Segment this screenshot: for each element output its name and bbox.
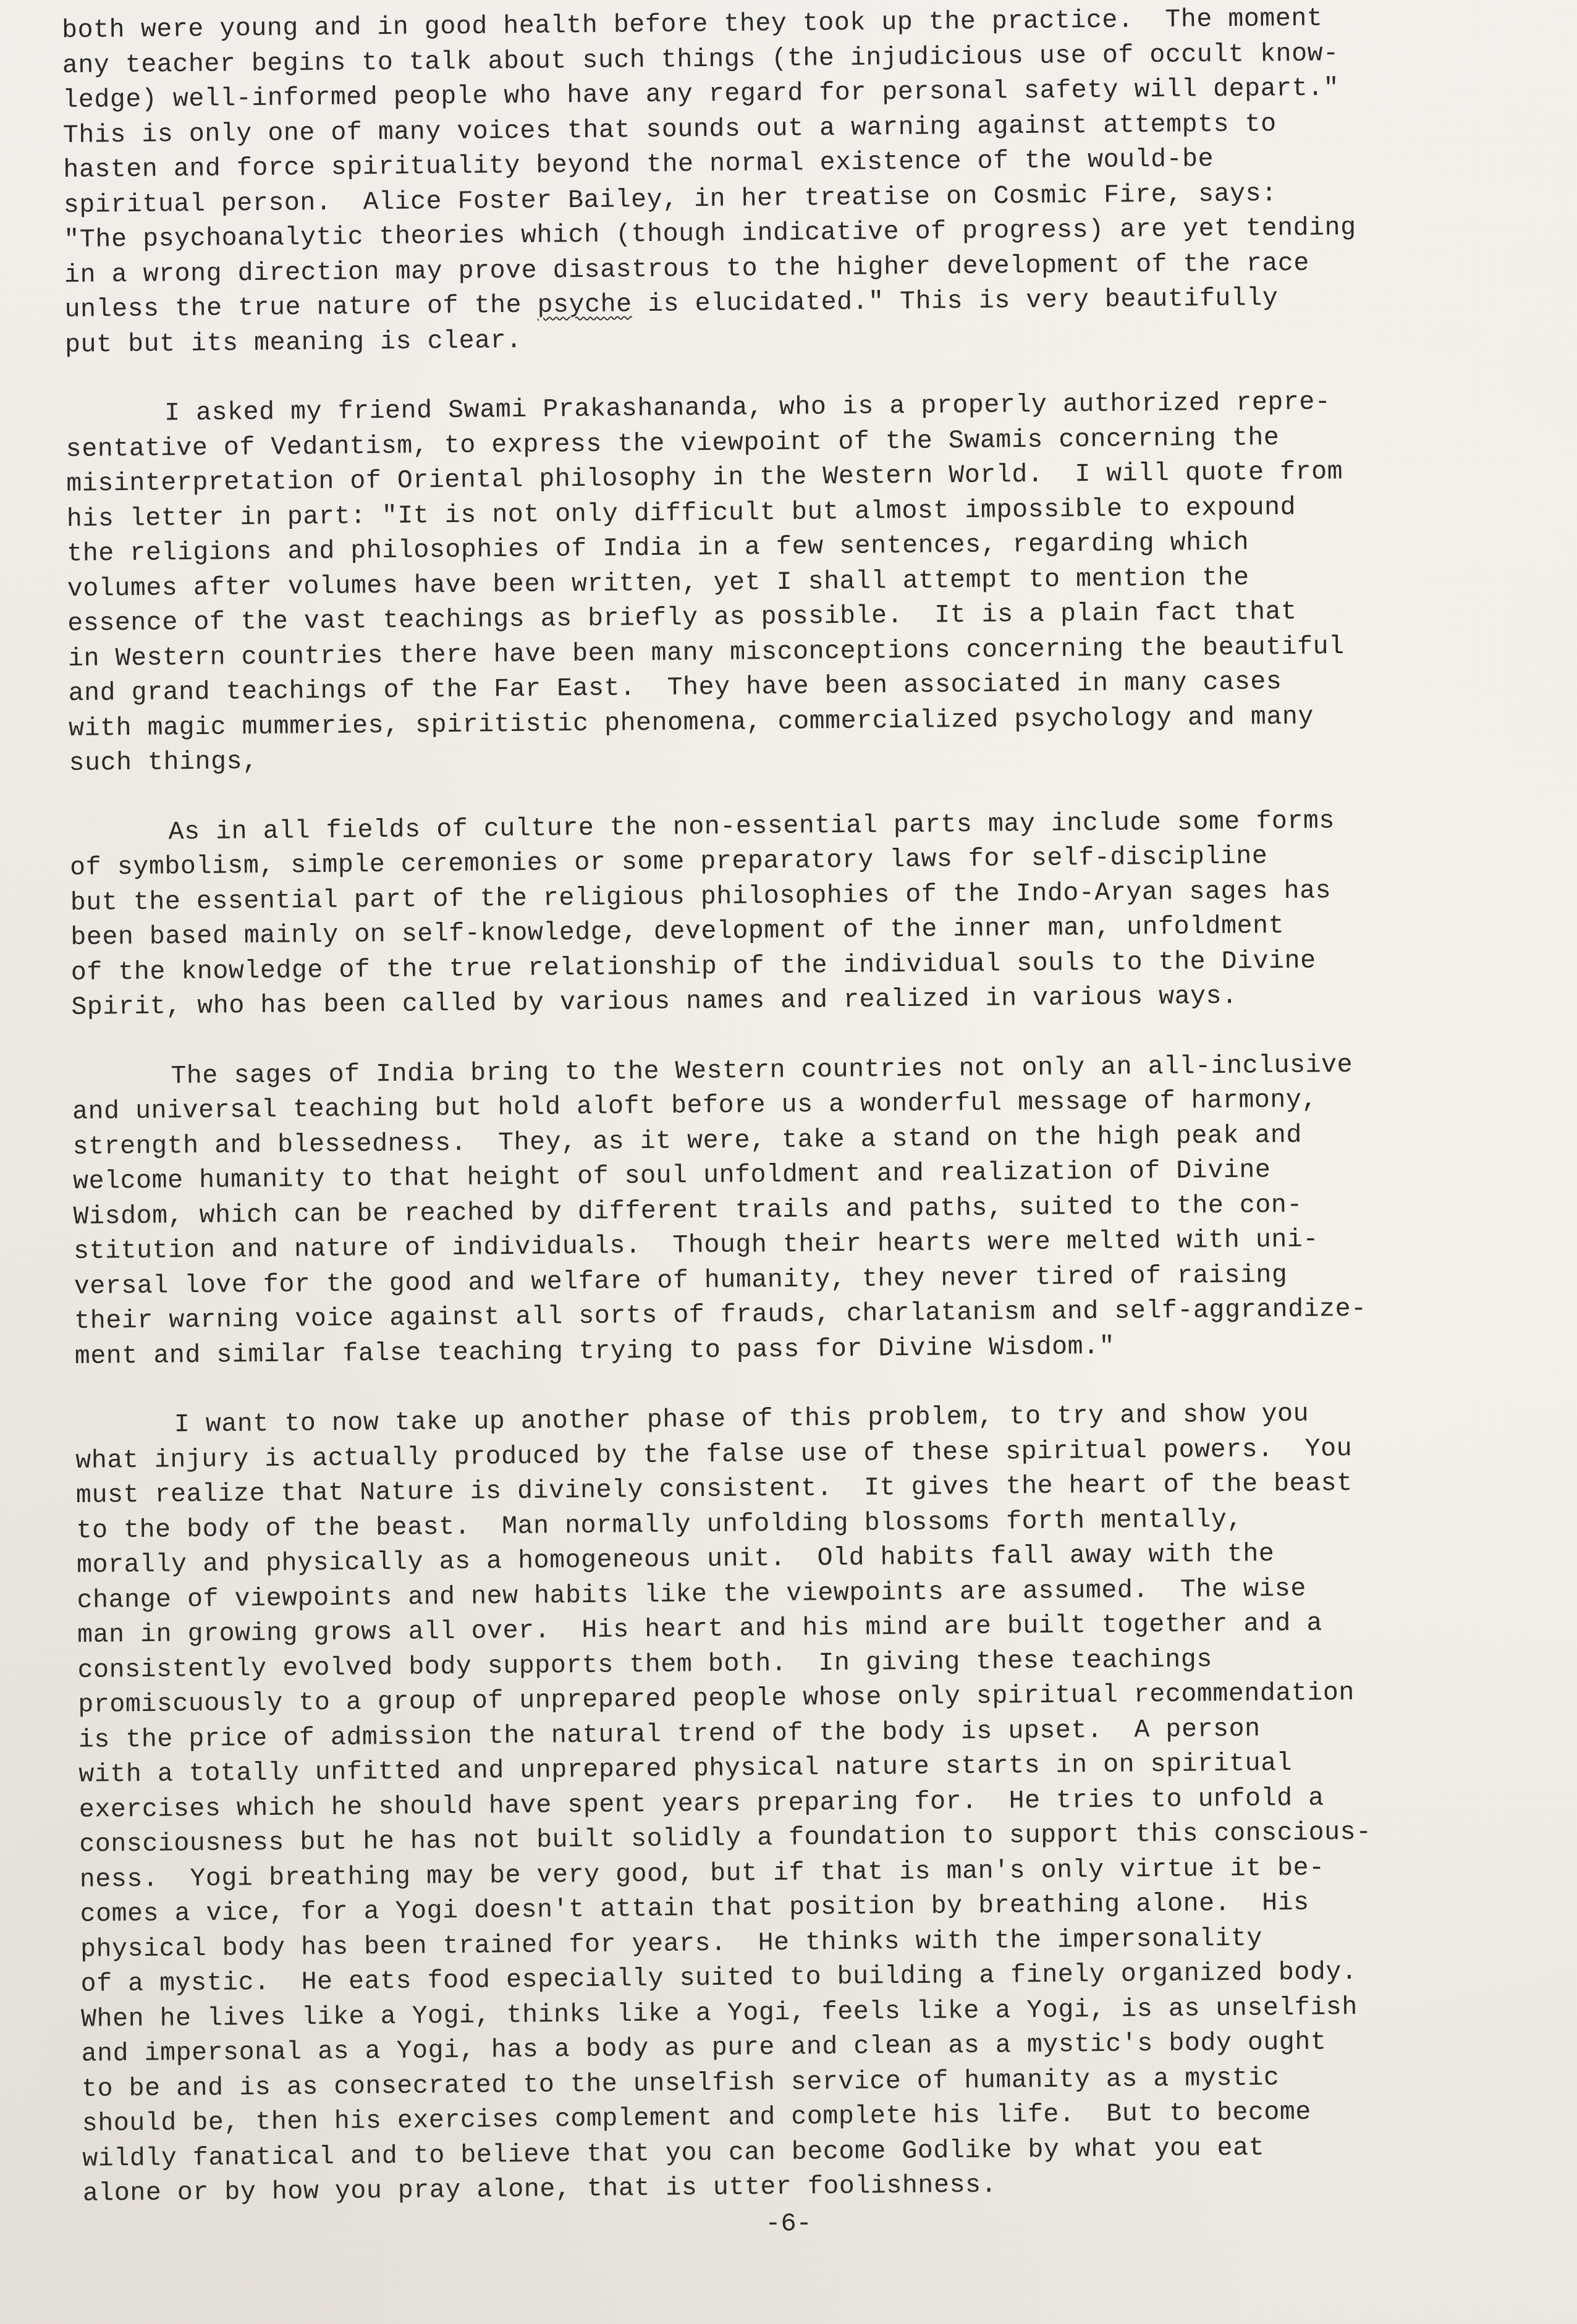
typewritten-body: both were young and in good health befor…: [62, 0, 1554, 2246]
paragraph: I want to now take up another phase of t…: [75, 1395, 1554, 2212]
paragraph: I asked my friend Swami Prakashananda, w…: [66, 383, 1540, 781]
paragraph: both were young and in good health befor…: [62, 0, 1536, 363]
page-number: -6-: [0, 2209, 1577, 2239]
document-page: both were young and in good health befor…: [0, 0, 1577, 2324]
underlined-word: psyche: [537, 290, 632, 319]
paragraph: The sages of India bring to the Western …: [72, 1046, 1545, 1374]
paragraph: As in all fields of culture the non-esse…: [69, 802, 1542, 1026]
